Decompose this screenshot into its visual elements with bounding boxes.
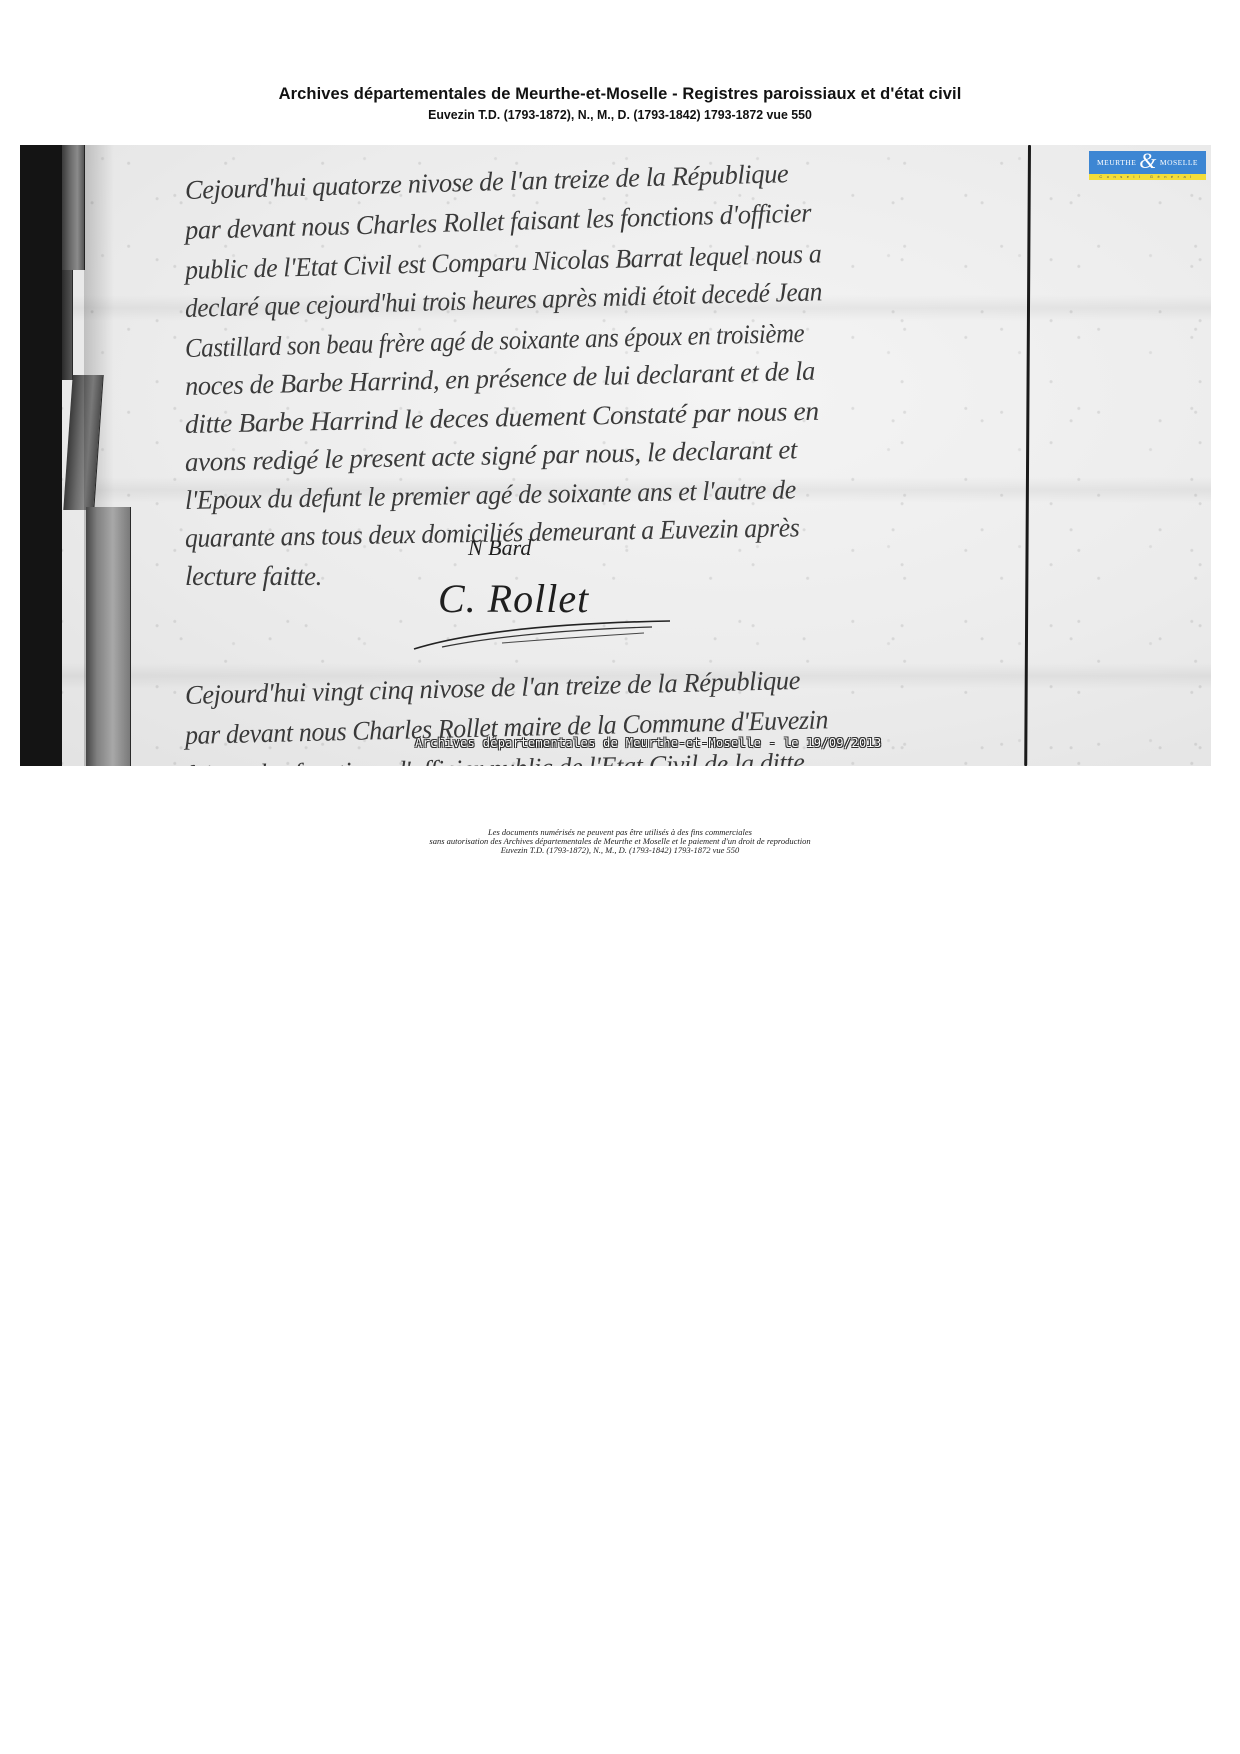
page-subtitle: Euvezin T.D. (1793-1872), N., M., D. (17… [31, 106, 1209, 124]
binding-strip [62, 270, 73, 380]
book-binding-shadow [20, 145, 62, 766]
archive-watermark: Archives départementales de Meurthe-et-M… [415, 736, 882, 750]
page-title: Archives départementales de Meurthe-et-M… [0, 84, 1240, 104]
logo-left-word: Meurthe [1097, 158, 1136, 167]
handwritten-line: lecture faitte. [185, 561, 322, 592]
logo-wordmark: Meurthe & Moselle [1089, 151, 1206, 174]
page-header: Archives départementales de Meurthe-et-M… [0, 84, 1240, 124]
gutter-shadow [84, 145, 114, 766]
logo-right-word: Moselle [1160, 158, 1198, 167]
signature-flourish-icon [412, 617, 672, 651]
usage-notice-footer: Les documents numérisés ne peuvent pas ê… [0, 828, 1240, 855]
ampersand-icon: & [1139, 152, 1157, 170]
scanned-register-page: Meurthe & Moselle Conseil Général Cejour… [20, 145, 1211, 766]
binding-strip [62, 145, 85, 270]
meurthe-et-moselle-logo: Meurthe & Moselle Conseil Général [1089, 151, 1206, 180]
signature-officer: C. Rollet [438, 575, 589, 622]
footer-line-3: Euvezin T.D. (1793-1872), N., M., D. (17… [0, 846, 1240, 855]
signature-witness: N Bard [468, 535, 531, 561]
logo-tagline: Conseil Général [1089, 174, 1206, 180]
